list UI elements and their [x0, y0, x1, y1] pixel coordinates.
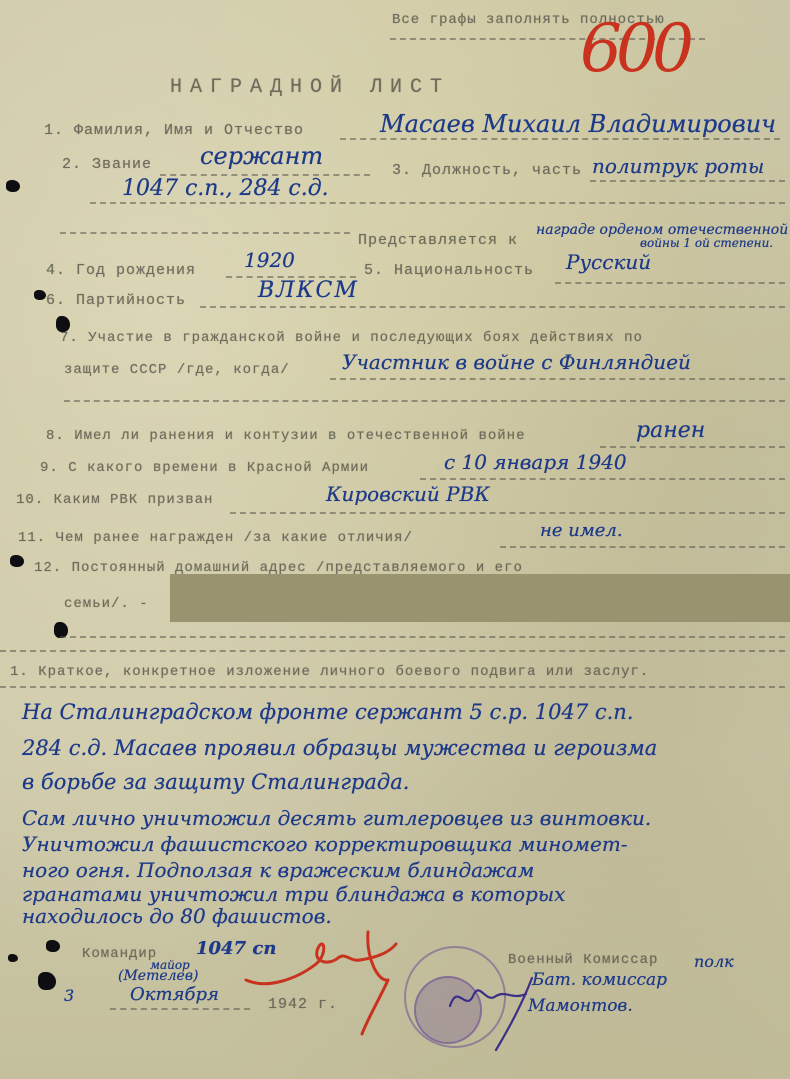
field-rank-value: сержант: [200, 142, 323, 170]
divider: [590, 180, 785, 182]
field-nationality-label: 5. Национальность: [364, 262, 534, 279]
paper-hole: [38, 972, 56, 990]
feat-line: ного огня. Подползая к вражеским блиндаж…: [22, 858, 534, 882]
page-title: НАГРАДНОЙ ЛИСТ: [170, 76, 450, 99]
commissar-signature: [446, 974, 556, 1054]
divider: [420, 478, 785, 480]
paper-hole: [10, 555, 24, 567]
field-name-label: 1. Фамилия, Имя и Отчество: [44, 122, 304, 139]
field-name-value: Масаев Михаил Владимирович: [380, 110, 776, 138]
field-armysince-label: 9. С какого времени в Красной Армии: [40, 460, 369, 476]
field-wounds-value: ранен: [636, 418, 705, 443]
divider: [600, 446, 785, 448]
field-warservice-value: Участник в войне с Финляндией: [342, 350, 691, 374]
field-warservice-label-2: защите СССР /где, когда/: [64, 362, 290, 378]
commander-signature: [238, 918, 408, 1038]
field-awards-value: не имел.: [540, 520, 623, 541]
date-day: 3: [64, 986, 74, 1005]
field-birthyear-value: 1920: [244, 248, 295, 272]
divider: [0, 686, 785, 688]
field-address-label-2: семьи/. -: [64, 596, 149, 612]
field-rank-label: 2. Звание: [62, 156, 152, 173]
redacted-address: [170, 574, 790, 622]
paper-hole: [8, 954, 18, 962]
paper-hole: [46, 940, 60, 952]
commander-label: Командир: [82, 946, 157, 962]
divider: [555, 282, 785, 284]
divider: [340, 138, 780, 140]
commissar-label: Военный Комиссар: [508, 952, 658, 968]
field-warservice-label-1: 7. Участие в гражданской войне и последу…: [60, 330, 643, 346]
field-party-value: ВЛКСМ: [258, 278, 359, 303]
divider: [230, 512, 785, 514]
divider: [110, 1008, 250, 1010]
field-position-label: 3. Должность, часть: [392, 162, 582, 179]
field-nomination-label: Представляется к: [358, 232, 518, 249]
field-wounds-label: 8. Имел ли ранения и контузии в отечеств…: [46, 428, 525, 444]
field-birthyear-label: 4. Год рождения: [46, 262, 196, 279]
red-number: 600: [580, 10, 688, 87]
commander-name: (Метелев): [118, 968, 198, 984]
field-nationality-value: Русский: [566, 250, 651, 274]
feat-line: гранатами уничтожил три блиндажа в котор…: [22, 882, 565, 906]
commissar-unit: полк: [694, 952, 734, 971]
field-awards-label: 11. Чем ранее награжден /за какие отличи…: [18, 530, 413, 546]
field-rvk-label: 10. Каким РВК призван: [16, 492, 213, 508]
feat-line: Сам лично уничтожил десять гитлеровцев и…: [22, 806, 651, 830]
divider: [60, 232, 350, 234]
field-position-value: политрук роты: [592, 154, 764, 178]
paper-hole: [6, 180, 20, 192]
date-month: Октября: [130, 984, 219, 1005]
paper-hole: [34, 290, 46, 300]
feat-line: 284 с.д. Масаев проявил образцы мужества…: [22, 736, 657, 760]
feat-line: Уничтожил фашистского корректировщика ми…: [22, 832, 628, 856]
feat-line: в борьбе за защиту Сталинграда.: [22, 770, 409, 794]
feat-heading: 1. Краткое, конкретное изложение личного…: [10, 664, 649, 680]
feat-line: На Сталинградском фронте сержант 5 с.р. …: [22, 700, 634, 724]
field-unit-value: 1047 с.п., 284 с.д.: [122, 176, 329, 201]
field-party-label: 6. Партийность: [46, 292, 186, 309]
award-sheet: Все графы заполнять полностью 600 НАГРАД…: [0, 0, 790, 1079]
field-rvk-value: Кировский РВК: [326, 482, 490, 506]
divider: [90, 202, 785, 204]
divider: [500, 546, 785, 548]
divider: [64, 400, 785, 402]
divider: [330, 378, 785, 380]
divider: [200, 306, 785, 308]
field-nomination-value-2: войны 1 ой степени.: [640, 236, 773, 250]
field-armysince-value: с 10 января 1940: [444, 450, 627, 474]
divider: [60, 636, 785, 638]
divider: [0, 650, 785, 652]
